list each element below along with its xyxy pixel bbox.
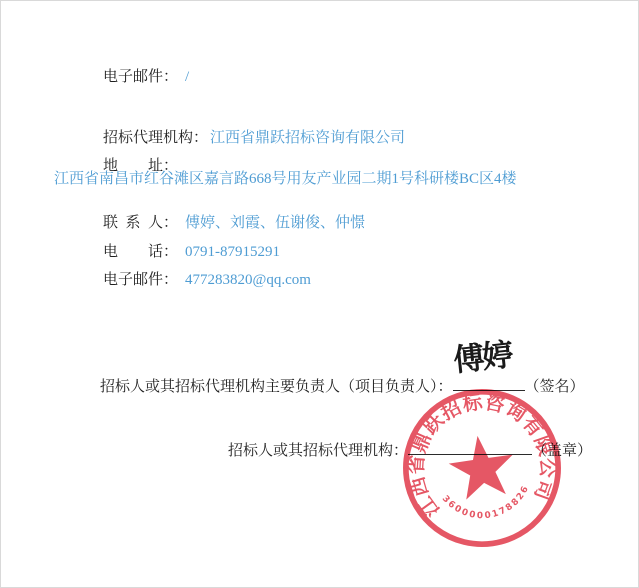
email-top-value: / [185,69,189,85]
principal-label: 招标人或其招标代理机构主要负责人（项目负责人）： [100,379,453,395]
field-email: 电子邮件：477283820@qq.com [88,252,311,309]
handwritten-signature: 傅婷 [451,329,513,380]
email-value: 477283820@qq.com [185,272,311,288]
email-label: 电子邮件： [103,272,178,288]
seal-star-icon [445,431,518,501]
org-label: 招标人或其招标代理机构： [228,443,408,459]
field-email-top: 电子邮件：/ [88,49,189,106]
agency-value: 江西省鼎跃招标咨询有限公司 [210,130,405,146]
address-value: 江西省南昌市红谷滩区嘉言路668号用友产业园二期1号科研楼BC区4楼 [54,167,517,188]
seal-number-text: 3600000178826 [439,482,535,527]
document-page: 电子邮件：/ 招标代理机构：江西省鼎跃招标咨询有限公司 地 址： 江西省南昌市红… [0,0,639,588]
company-seal: 江西省鼎跃招标咨询有限公司 3600000178826 [391,377,574,560]
email-top-label: 电子邮件： [103,69,178,85]
